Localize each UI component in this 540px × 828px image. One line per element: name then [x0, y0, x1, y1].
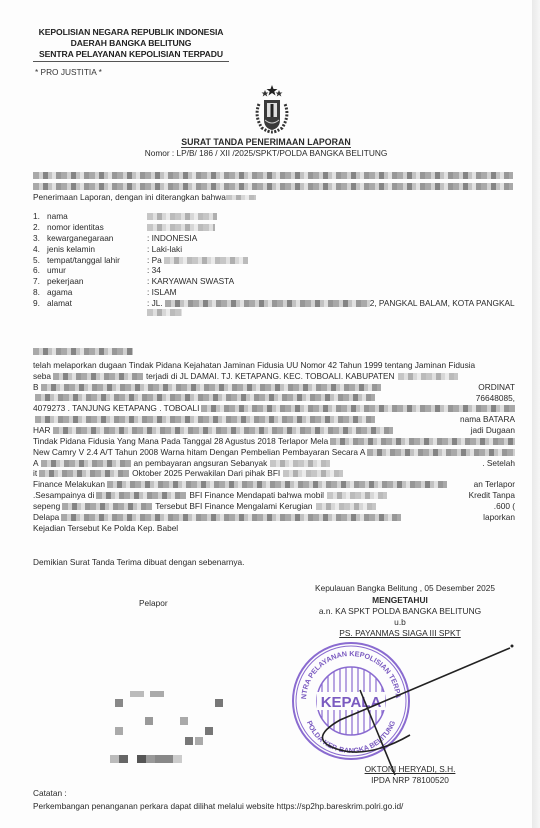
note-text: Perkembangan penanganan perkara dapat di… [33, 800, 403, 813]
field-number: 3. [33, 233, 47, 244]
paragraph-line: telah melaporkan dugaan Tindak Pidana Ke… [33, 360, 515, 371]
document-number: Nomor : LP/B/ 186 / XII /2025/SPKT/POLDA… [0, 148, 532, 158]
intro-tail: Penerimaan Laporan, dengan ini diterangk… [33, 192, 226, 202]
paragraph-line: .Sesampainya diBFI Finance Mendapati bah… [33, 490, 515, 501]
paragraph-line: New Camry V 2.4 A/T Tahun 2008 Warna hit… [33, 447, 515, 458]
identity-field-row: 5.tempat/tanggal lahir: Pa [33, 255, 515, 266]
field-number: 5. [33, 255, 47, 266]
page-edge [532, 0, 540, 828]
paragraph-line: 4079273 . TANJUNG KETAPANG . TOBOALICAN … [33, 403, 515, 414]
field-value [147, 222, 215, 233]
field-value: : INDONESIA [147, 233, 197, 244]
note: Catatan : Perkembangan penanganan perkar… [33, 787, 403, 813]
field-value: : KARYAWAN SWASTA [147, 276, 234, 287]
report-paragraph: telah melaporkan dugaan Tindak Pidana Ke… [33, 360, 515, 534]
field-number: 4. [33, 244, 47, 255]
officer-rank: IPDA NRP 78100520 [345, 775, 475, 786]
field-value: : Pa [147, 255, 248, 266]
field-label: nomor identitas [47, 222, 147, 233]
field-label: agama [47, 287, 147, 298]
paragraph-line: itOktober 2025 Perwakilan Dari pihak BFI [33, 468, 515, 479]
paragraph-line: Kejadian Tersebut Ke Polda Kep. Babel [33, 523, 515, 534]
field-label: nama [47, 211, 147, 222]
field-number: 2. [33, 222, 47, 233]
field-value: : ISLAM [147, 287, 177, 298]
intro-paragraph: Penerimaan Laporan, dengan ini diterangk… [33, 170, 515, 203]
field-value: : 34 [147, 265, 161, 276]
letterhead-line-2: DAERAH BANGKA BELITUNG [33, 38, 229, 49]
identity-field-row: 8.agama: ISLAM [33, 287, 515, 298]
field-value [147, 211, 217, 222]
officer-name: OKTONI HERYADI, S.H. [345, 764, 475, 775]
paragraph-line: Finance Melakukanan Terlapor [33, 479, 515, 490]
mengetahui-label: MENGETAHUI [280, 595, 520, 606]
police-emblem-icon [250, 84, 294, 134]
paragraph-line: Tindak Pidana Fidusia Yang Mana Pada Tan… [33, 436, 515, 447]
letterhead-line-3: SENTRA PELAYANAN KEPOLISIAN TERPADU [33, 49, 229, 62]
paragraph-line: sebaterjadi di JL DAMAI. TJ. KETAPANG. K… [33, 371, 515, 382]
identity-field-row: 2.nomor identitas [33, 222, 515, 233]
field-label: umur [47, 265, 147, 276]
field-label: kewarganegaraan [47, 233, 147, 244]
officer-signature [300, 640, 520, 780]
identity-field-row: 9.alamat: JL.2, PANGKAL BALAM, KOTA PANG… [33, 298, 515, 309]
paragraph-line: nama BATARA [33, 414, 515, 425]
place-date: Kepulauan Bangka Belitung , 05 Desember … [300, 583, 510, 593]
on-behalf-line: a.n. KA SPKT POLDA BANGKA BELITUNG [280, 606, 520, 617]
acknowledgement-block: MENGETAHUI a.n. KA SPKT POLDA BANGKA BEL… [280, 595, 520, 639]
paragraph-line: 76648085, [33, 393, 515, 404]
identity-field-row: 3.kewarganegaraan: INDONESIA [33, 233, 515, 244]
field-number: 7. [33, 276, 47, 287]
field-number: 9. [33, 298, 47, 309]
field-label: pekerjaan [47, 276, 147, 287]
identity-field-row: 7.pekerjaan: KARYAWAN SWASTA [33, 276, 515, 287]
reporter-label: Pelapor [139, 598, 168, 608]
reporter-identity: 1.nama2.nomor identitas3.kewarganegaraan… [33, 211, 515, 320]
officer-position: PS. PAYANMAS SIAGA III SPKT [280, 628, 520, 639]
paragraph-line: Aan pembayaran angsuran Sebanyak. Setela… [33, 458, 515, 469]
field-label: alamat [47, 298, 147, 309]
officer-block: OKTONI HERYADI, S.H. IPDA NRP 78100520 [345, 764, 475, 786]
paragraph-line: BORDINAT [33, 382, 515, 393]
identity-field-row: 1.nama [33, 211, 515, 222]
pro-justitia: * PRO JUSTITIA * [35, 67, 102, 77]
paragraph-line: Delapalaporkan [33, 512, 515, 523]
letterhead: KEPOLISIAN NEGARA REPUBLIK INDONESIA DAE… [33, 27, 229, 62]
field-label: jenis kelamin [47, 244, 147, 255]
field-value: : Laki-laki [147, 244, 182, 255]
document-page: KEPOLISIAN NEGARA REPUBLIK INDONESIA DAE… [0, 0, 532, 828]
document-title: SURAT TANDA PENERIMAAN LAPORAN [0, 137, 532, 147]
field-number: 6. [33, 265, 47, 276]
paragraph-line: sepengTersebut BFI Finance Mengalami Ker… [33, 501, 515, 512]
ub-line: u.b [280, 617, 520, 628]
field-number: 1. [33, 211, 47, 222]
letterhead-line-1: KEPOLISIAN NEGARA REPUBLIK INDONESIA [33, 27, 229, 38]
closing-statement: Demikian Surat Tanda Terima dibuat denga… [33, 557, 244, 567]
field-number: 8. [33, 287, 47, 298]
redacted-reporter-signature [110, 685, 230, 770]
redacted-line [33, 343, 133, 361]
paragraph-line: HARjadi Dugaan [33, 425, 515, 436]
field-value: : JL.2, PANGKAL BALAM, KOTA PANGKAL [147, 298, 515, 309]
identity-field-row: 4.jenis kelamin: Laki-laki [33, 244, 515, 255]
note-label: Catatan : [33, 787, 403, 800]
field-label: tempat/tanggal lahir [47, 255, 147, 266]
identity-field-row: 6.umur: 34 [33, 265, 515, 276]
